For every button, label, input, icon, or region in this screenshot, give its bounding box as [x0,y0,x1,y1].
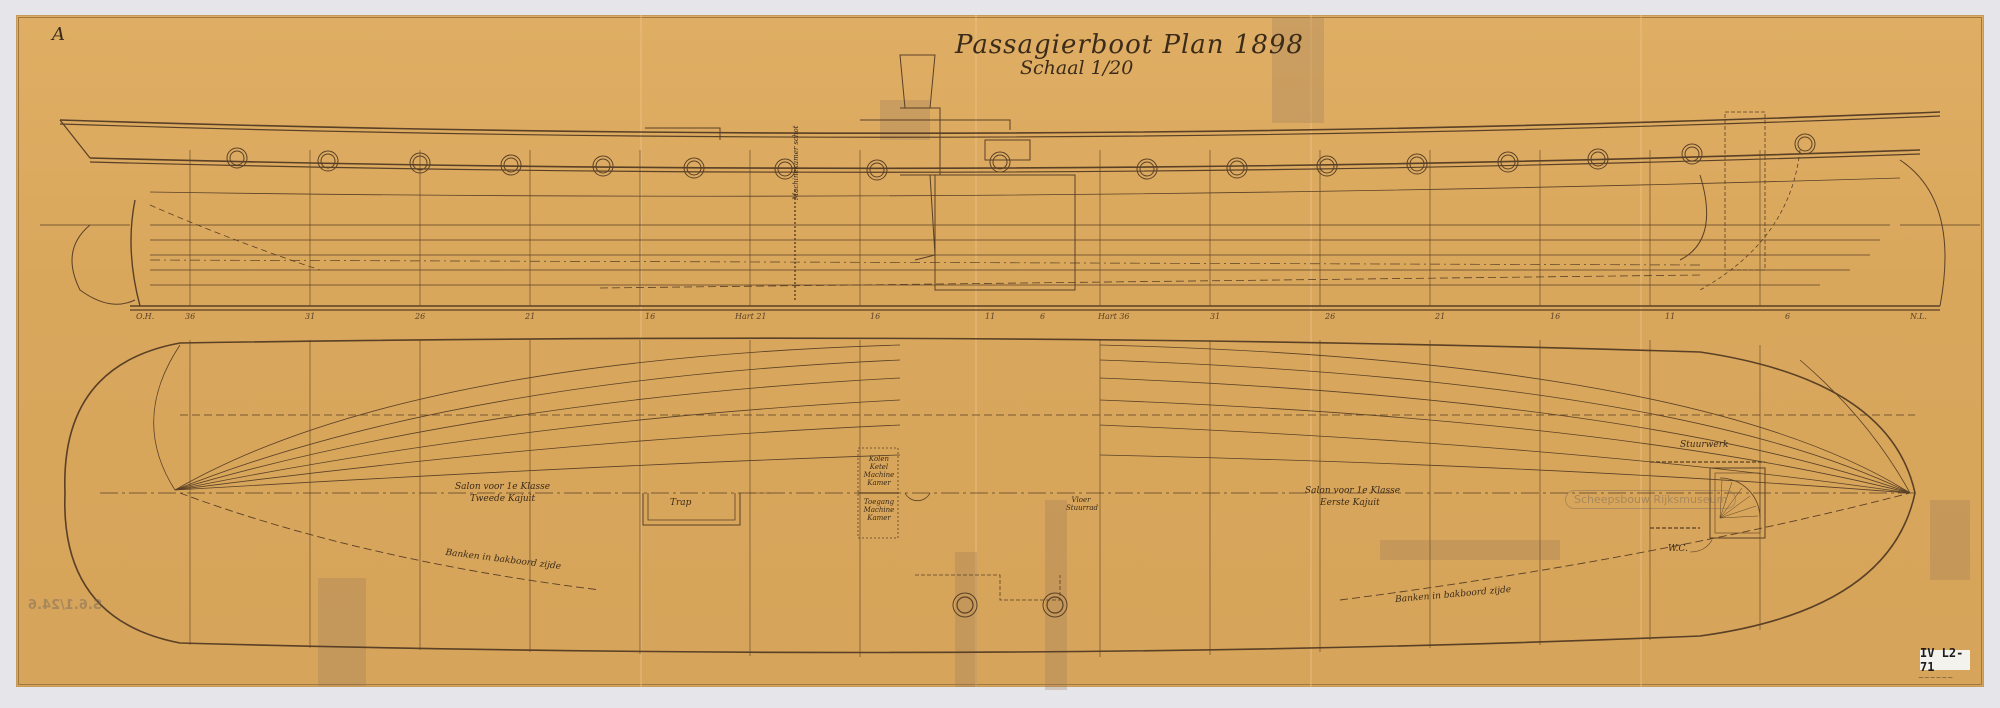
compartment-sublabel: Eerste Kajuit [1320,498,1380,508]
compartment-label: Salon voor 1e Klasse [455,482,550,492]
compartment-label: Vloer Stuurrad [1066,496,1096,512]
signature: ~~~~~~ [1918,674,1953,682]
museum-stamp: Scheepsbouw Rijksmuseum [1565,490,1736,509]
compartment-label: Trap [670,498,691,508]
sheet-letter: A [52,24,65,45]
station-label: O.H. [136,312,154,321]
station-label: Hart 21 [735,312,767,321]
station-label: 11 [1665,312,1675,321]
station-label: 21 [525,312,535,321]
compartment-label: W.C. [1668,544,1688,554]
compartment-label: Stuurwerk [1680,440,1728,450]
drawing-scale: Schaal 1/20 [1020,57,1133,79]
compartment-sublabel: Tweede Kajuit [470,494,535,504]
station-label: 16 [645,312,655,321]
station-label: N.L. [1910,312,1927,321]
margin-mark: S.6.1/24.6 [28,598,102,613]
station-label: 36 [185,312,195,321]
ship-drawing [0,0,2000,708]
station-label: 11 [985,312,995,321]
compartment-label: Salon voor 1e Klasse [1305,486,1400,496]
station-label: 31 [305,312,315,321]
station-label: 16 [1550,312,1560,321]
inventory-label: IV L2-71 [1920,650,1970,670]
compartment-label: Toegang Machine Kamer [861,498,897,522]
station-label: 31 [1210,312,1220,321]
station-label: 6 [1040,312,1045,321]
station-label: 6 [1785,312,1790,321]
compartment-label: Kolen Ketel Machine Kamer [861,455,897,487]
station-label: 16 [870,312,880,321]
station-label: 21 [1435,312,1445,321]
station-label: 26 [415,312,425,321]
drawing-title: Passagierboot Plan 1898 [955,30,1304,60]
vertical-note: Machinekamer schot [792,126,800,200]
station-label: Hart 36 [1098,312,1130,321]
station-label: 26 [1325,312,1335,321]
